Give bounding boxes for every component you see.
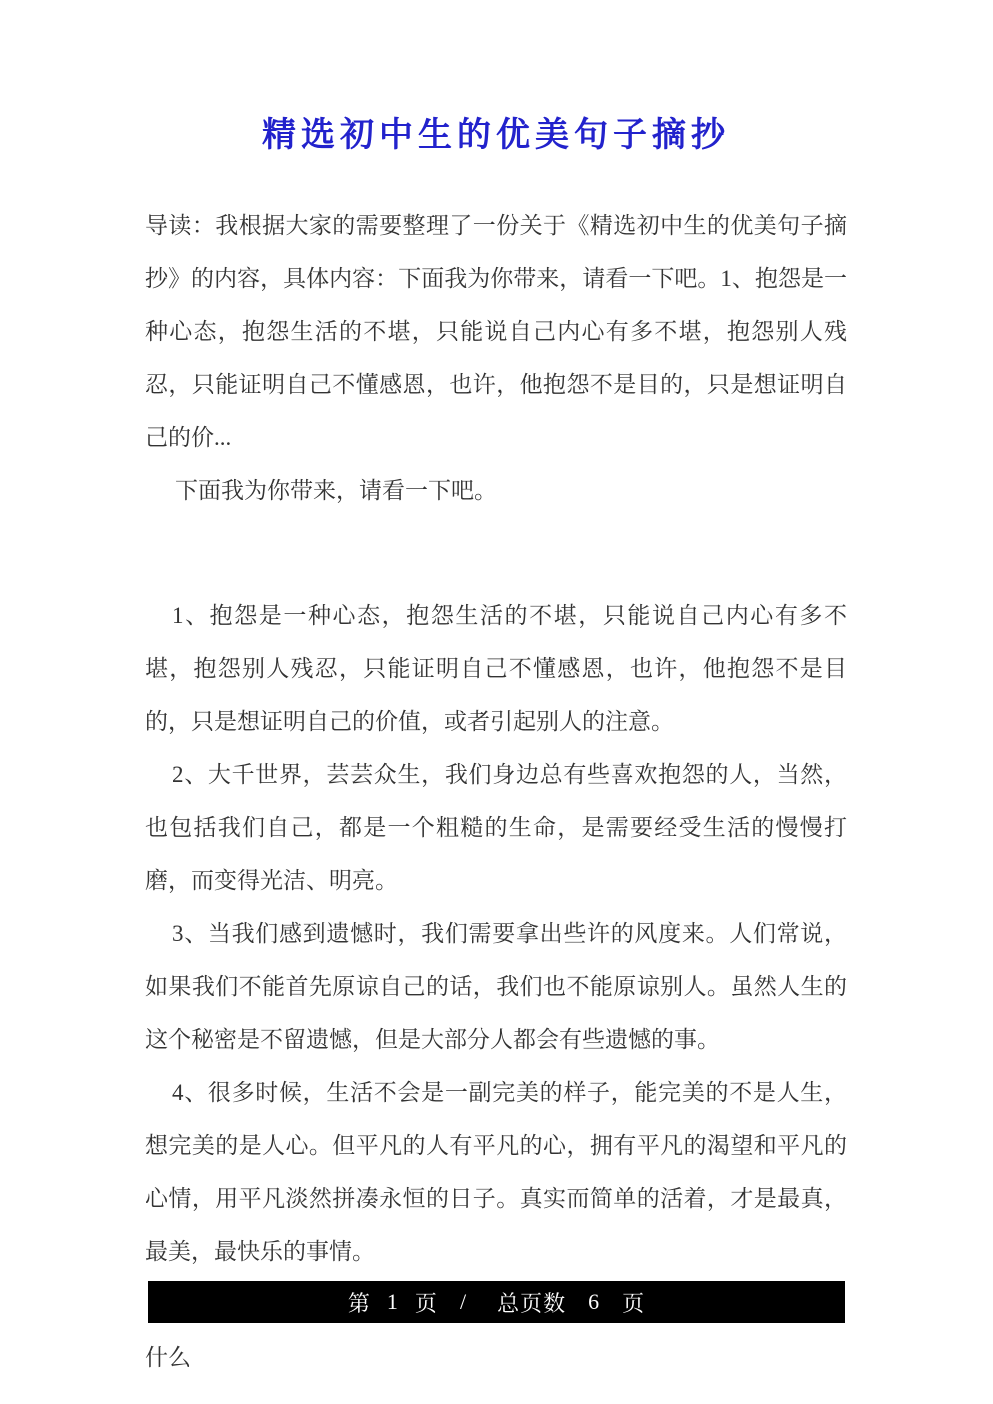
paragraph-list: 1、抱怨是一种心态，抱怨生活的不堪，只能说自己内心有多不堪，抱怨别人残忍，只能证… [145,589,847,1384]
footer-separator: / [460,1289,467,1315]
paragraph-3: 3、当我们感到遗憾时，我们需要拿出些许的风度来。人们常说，如果我们不能首先原谅自… [145,907,847,1066]
lead-in-line: 下面我为你带来，请看一下吧。 [145,464,847,517]
footer-total-pages: 6 [588,1289,600,1315]
paragraph-4: 4、很多时候，生活不会是一副完美的样子，能完美的不是人生，想完美的是人心。但平凡… [145,1066,847,1278]
footer-page-prefix: 第 [348,1287,371,1318]
footer-page-number: 1 [387,1289,399,1315]
page-footer-bar: 第 1 页 / 总页数 6 页 [148,1281,845,1323]
document-page: 精选初中生的优美句子摘抄 导读：我根据大家的需要整理了一份关于《精选初中生的优美… [145,0,847,1384]
page-title: 精选初中生的优美句子摘抄 [145,114,847,157]
paragraph-2: 2、大千世界，芸芸众生，我们身边总有些喜欢抱怨的人，当然，也包括我们自己，都是一… [145,748,847,907]
footer-total-unit: 页 [622,1287,645,1318]
paragraph-1: 1、抱怨是一种心态，抱怨生活的不堪，只能说自己内心有多不堪，抱怨别人残忍，只能证… [145,589,847,748]
footer-total-label: 总页数 [497,1287,566,1318]
footer-page-unit: 页 [415,1287,438,1318]
intro-paragraph: 导读：我根据大家的需要整理了一份关于《精选初中生的优美句子摘抄》的内容，具体内容… [145,199,847,464]
